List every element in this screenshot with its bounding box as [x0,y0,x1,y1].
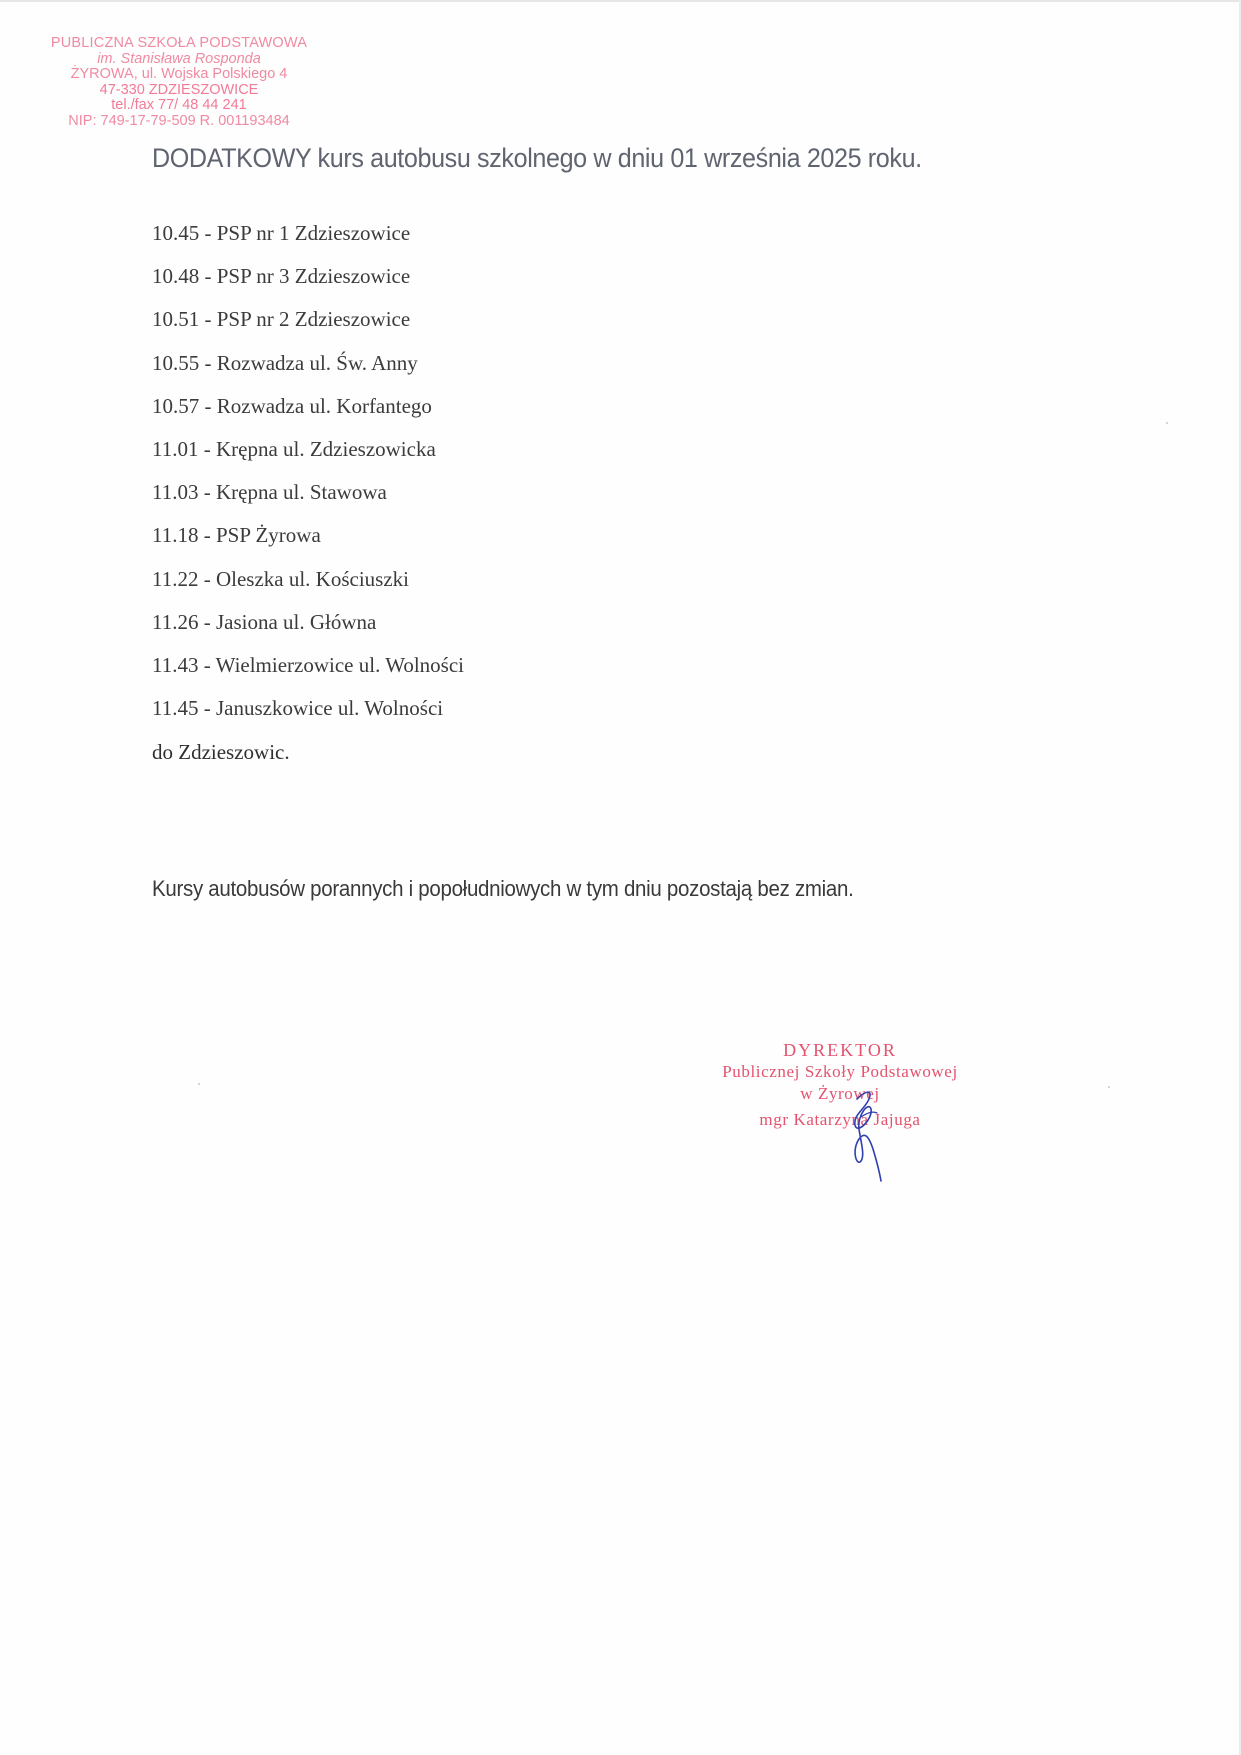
stamp-line-nip: NIP: 749-17-79-509 R. 001193484 [46,114,312,130]
schedule-item: 11.43 - Wielmierzowice ul. Wolności [152,650,464,693]
document-page: PUBLICZNA SZKOŁA PODSTAWOWA im. Stanisła… [0,0,1241,1755]
schedule-item: 11.03 - Krępna ul. Stawowa [152,477,464,520]
schedule-item: 10.55 - Rozwadza ul. Św. Anny [152,348,464,391]
director-name: mgr Katarzyna Jajuga [690,1109,990,1131]
director-stamp: DYREKTOR Publicznej Szkoły Podstawowej w… [690,1040,990,1131]
document-title: DODATKOWY kurs autobusu szkolnego w dniu… [152,143,922,174]
stamp-line-phone: tel./fax 77/ 48 44 241 [46,98,312,114]
notice-text: Kursy autobusów porannych i popołudniowy… [152,876,854,902]
schedule-item: 11.18 - PSP Żyrowa [152,520,464,563]
bus-schedule-list: 10.45 - PSP nr 1 Zdzieszowice 10.48 - PS… [152,218,464,736]
handwritten-signature-icon [843,1085,893,1185]
stamp-line-postcode: 47-330 ZDZIESZOWICE [46,83,312,99]
stamp-line-school: PUBLICZNA SZKOŁA PODSTAWOWA [46,36,312,52]
scan-speck [198,1083,200,1085]
director-place: w Żyrowej [690,1083,990,1105]
director-role: DYREKTOR [690,1040,990,1061]
scan-speck [1166,422,1168,424]
schedule-item: 11.22 - Oleszka ul. Kościuszki [152,564,464,607]
schedule-item: 11.01 - Krępna ul. Zdzieszowicka [152,434,464,477]
stamp-line-address: ŻYROWA, ul. Wojska Polskiego 4 [46,67,312,83]
schedule-item: 10.45 - PSP nr 1 Zdzieszowice [152,218,464,261]
schedule-item: 10.57 - Rozwadza ul. Korfantego [152,391,464,434]
scan-edge-top [0,0,1241,2]
schedule-item: 10.51 - PSP nr 2 Zdzieszowice [152,304,464,347]
school-stamp: PUBLICZNA SZKOŁA PODSTAWOWA im. Stanisła… [46,36,312,129]
schedule-item: 10.48 - PSP nr 3 Zdzieszowice [152,261,464,304]
stamp-line-patron: im. Stanisława Rosponda [46,52,312,68]
schedule-item: 11.26 - Jasiona ul. Główna [152,607,464,650]
director-school: Publicznej Szkoły Podstawowej [690,1061,990,1083]
route-destination: do Zdzieszowic. [152,737,290,767]
scan-speck [1108,1086,1110,1088]
schedule-item: 11.45 - Januszkowice ul. Wolności [152,693,464,736]
